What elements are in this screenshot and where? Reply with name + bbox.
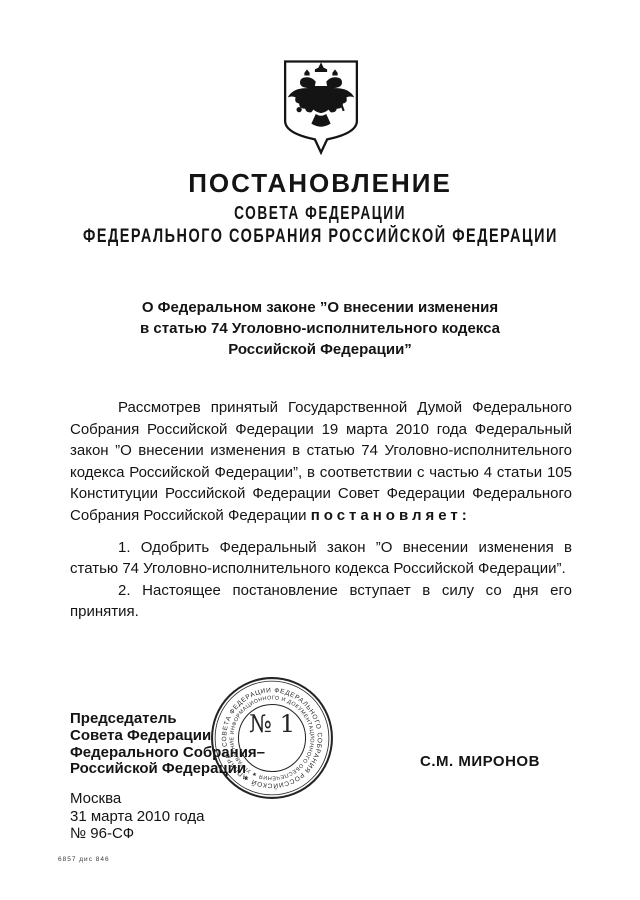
place-date-number-block: Москва 31 марта 2010 года № 96-СФ xyxy=(70,790,205,843)
subject-line-1: О Федеральном законе ”О внесении изменен… xyxy=(70,297,570,318)
print-shop-mark: 6857 дис 846 xyxy=(58,856,110,863)
resolves-keyword: постановляет: xyxy=(311,507,471,524)
resolution-item-2: 2. Настоящее постановление вступает в си… xyxy=(70,580,572,623)
document-page: ПОСТАНОВЛЕНИЕ СОВЕТА ФЕДЕРАЦИИ ФЕДЕРАЛЬН… xyxy=(0,0,640,900)
resolution-items: 1. Одобрить Федеральный закон ”О внесени… xyxy=(70,537,572,623)
document-subtitle-assembly: ФЕДЕРАЛЬНОГО СОБРАНИЯ РОССИЙСКОЙ ФЕДЕРАЦ… xyxy=(0,226,640,248)
document-subject: О Федеральном законе ”О внесении изменен… xyxy=(70,297,570,360)
stamp-copy-number: № 1 xyxy=(249,709,295,738)
subject-line-2: в статью 74 Уголовно-исполнительного код… xyxy=(70,318,570,339)
resolution-item-1: 1. Одобрить Федеральный закон ”О внесени… xyxy=(70,537,572,580)
official-seal-stamp: АППАРАТ СОВЕТА ФЕДЕРАЦИИ ФЕДЕРАЛЬНОГО СО… xyxy=(209,675,335,801)
document-subtitle-issuer: СОВЕТА ФЕДЕРАЦИИ xyxy=(0,203,640,224)
subject-line-3: Российской Федерации” xyxy=(70,339,570,360)
document-title: ПОСТАНОВЛЕНИЕ xyxy=(0,168,640,199)
subtitle-assembly-text: ФЕДЕРАЛЬНОГО СОБРАНИЯ РОССИЙСКОЙ ФЕДЕРАЦ… xyxy=(83,226,558,248)
signatory-name: С.М. МИРОНОВ xyxy=(420,753,540,770)
subtitle-issuer-text: СОВЕТА ФЕДЕРАЦИИ xyxy=(234,203,406,224)
preamble-text: Рассмотрев принятый Государственной Думо… xyxy=(70,399,572,524)
russia-coat-of-arms-icon xyxy=(276,58,366,156)
document-body: Рассмотрев принятый Государственной Думо… xyxy=(70,397,572,623)
preamble-paragraph: Рассмотрев принятый Государственной Думо… xyxy=(70,397,572,527)
